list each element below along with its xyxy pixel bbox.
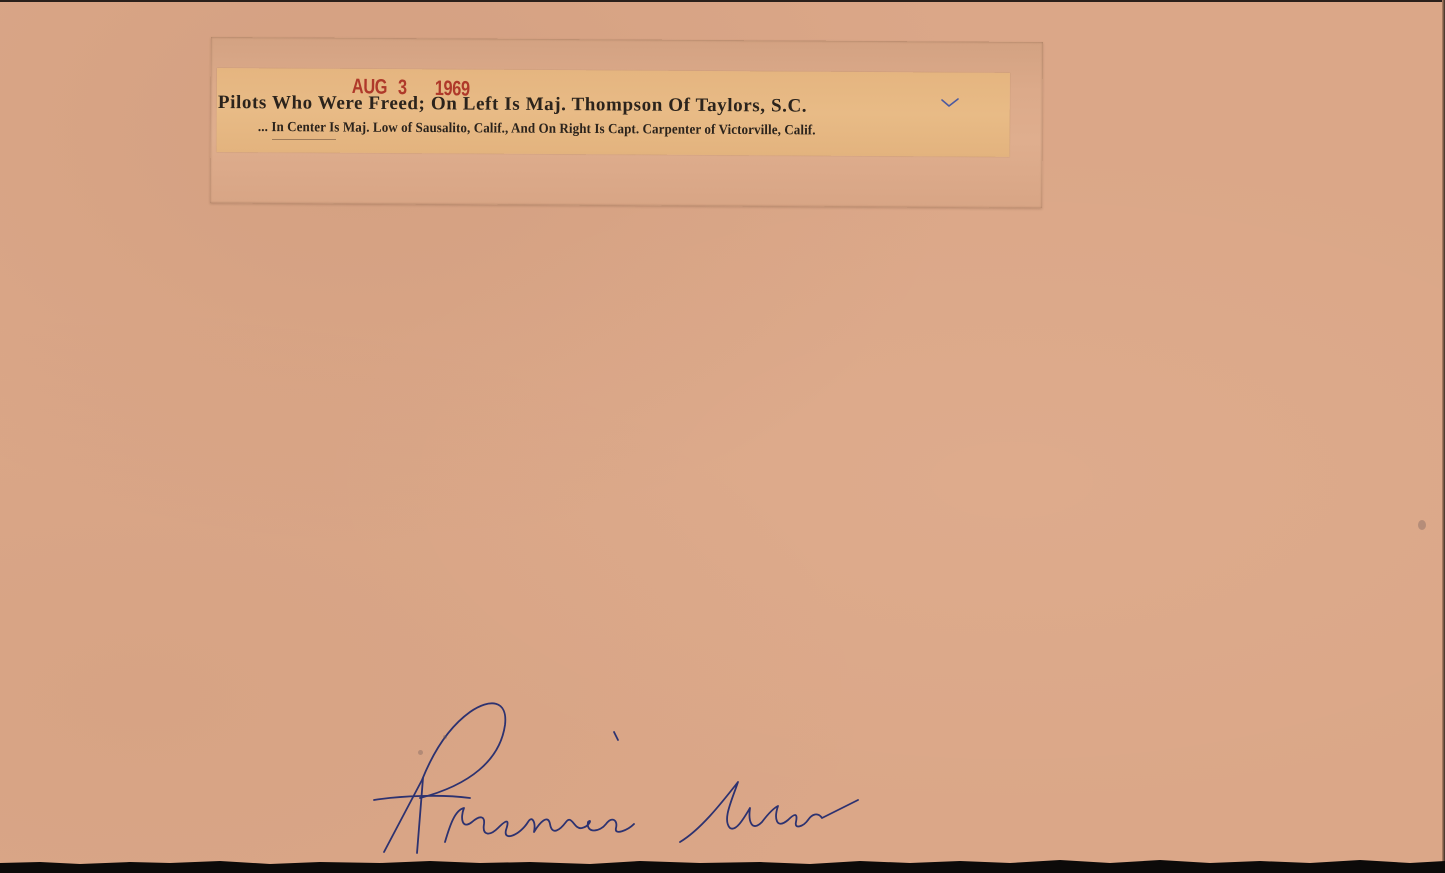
paper-speck: [443, 735, 447, 739]
date-stamp-day: 3: [398, 76, 407, 99]
torn-bottom-edge: [0, 855, 1445, 873]
paper-speck: [1418, 520, 1426, 530]
handwritten-note-text: Prisoners War: [360, 690, 361, 691]
handwritten-note: Prisoners War: [360, 690, 980, 873]
caption-headline: Pilots Who Were Freed; On Left Is Maj. T…: [218, 92, 807, 118]
date-stamp-year: 1969: [435, 77, 470, 101]
handwriting-strokes: [360, 690, 980, 873]
photo-back-page: Pilots Who Were Freed; On Left Is Maj. T…: [0, 0, 1445, 873]
caption-subline: ... In Center Is Maj. Low of Sausalito, …: [258, 120, 816, 139]
clipping-rule: [272, 139, 336, 140]
check-mark-icon: [941, 98, 959, 108]
date-stamp-month: AUG: [352, 75, 388, 99]
date-stamp: AUG31969: [352, 75, 481, 102]
scan-top-edge: [0, 0, 1445, 2]
paper-speck: [418, 750, 423, 755]
